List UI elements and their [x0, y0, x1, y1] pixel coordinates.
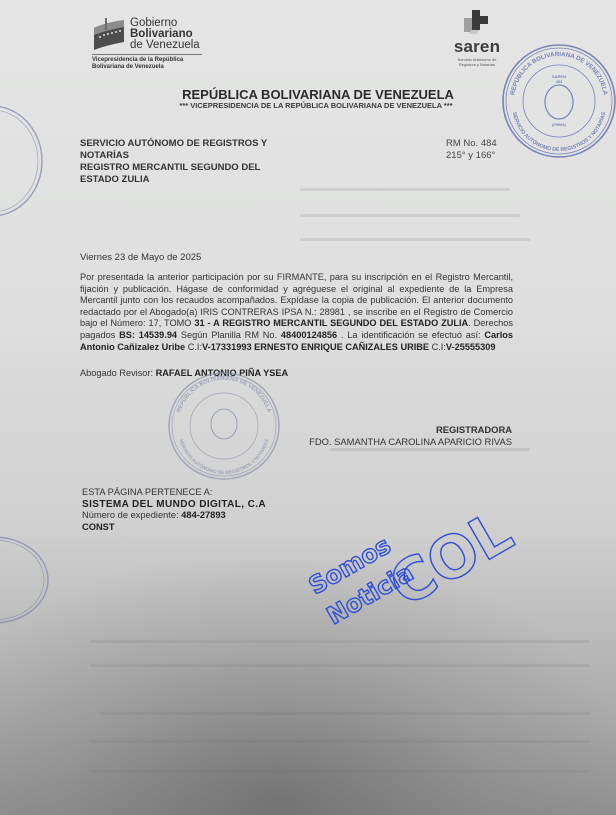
- svg-text:SERVICIO AUTÓNOMO DE REGISTROS: SERVICIO AUTÓNOMO DE REGISTROS Y NOTARÍA…: [511, 111, 608, 153]
- saren-wordmark: saren: [449, 37, 505, 57]
- svg-text:SERVICIO AUTÓNOMO DE REGISTROS: SERVICIO AUTÓNOMO DE REGISTROS Y NOTARÍA…: [178, 438, 271, 476]
- file-number: 484-27893: [181, 510, 225, 520]
- registrar-signature: REGISTRADORA FDO. SAMANTHA CAROLINA APAR…: [292, 424, 512, 448]
- show-through-line: [300, 238, 530, 241]
- page-owner: ESTA PÁGINA PERTENECE A: SISTEMA DEL MUN…: [82, 487, 266, 533]
- document-page: Gobierno Bolivariano de Venezuela Vicepr…: [0, 0, 616, 815]
- registration-text: Por presentada la anterior participación…: [80, 272, 513, 353]
- issuing-office: SERVICIO AUTÓNOMO DE REGISTROS Y NOTARÍA…: [80, 138, 310, 186]
- gobierno-subtitle: Vicepresidencia de la República Bolivari…: [92, 57, 183, 71]
- id-number: V-17331993: [202, 342, 252, 352]
- venezuela-flag-icon: [92, 18, 126, 50]
- partial-seal-stamp: [0, 104, 44, 218]
- svg-text:COL: COL: [378, 500, 524, 620]
- show-through-line: [300, 188, 510, 191]
- registry-reference: RM No. 484 215° y 166°: [446, 138, 497, 162]
- svg-text:484: 484: [556, 79, 563, 84]
- id-number: V-25555309: [446, 342, 496, 352]
- tomo-reference: 31 - A REGISTRO MERCANTIL SEGUNDO DEL ES…: [194, 318, 468, 328]
- identified-person: ERNESTO ENRIQUE CAÑIZALES URIBE: [254, 342, 429, 352]
- official-seal-stamp: REPÚBLICA BOLIVARIANA DE VENEZUELA SERVI…: [500, 42, 616, 160]
- svg-text:(FIRMA): (FIRMA): [552, 123, 567, 127]
- company-name: SISTEMA DEL MUNDO DIGITAL, C.A: [82, 499, 266, 511]
- reviewing-lawyer: Abogado Revisor: RAFAEL ANTONIO PIÑA YSE…: [80, 368, 288, 378]
- saren-cross-icon: [462, 10, 490, 34]
- planilla-number: 48400124856: [281, 330, 337, 340]
- document-date: Viernes 23 de Mayo de 2025: [80, 252, 201, 263]
- logo-divider: [92, 54, 202, 55]
- watermark-stamp: Somos Noticia COL: [305, 500, 535, 630]
- saren-logo: saren Servicio Autónomo de Registros y N…: [449, 10, 505, 74]
- gobierno-bolivariano-logo: Gobierno Bolivariano de Venezuela Vicepr…: [92, 16, 212, 78]
- registry-seal-stamp: REPÚBLICA BOLIVARIANA DE VENEZUELA SERVI…: [166, 370, 282, 482]
- saren-subtitle: Servicio Autónomo de Registros y Notaría…: [449, 57, 505, 67]
- show-through-line: [300, 214, 520, 217]
- show-through-line: [330, 448, 530, 451]
- gobierno-name: Gobierno Bolivariano de Venezuela: [130, 18, 200, 51]
- fees-paid: BS: 14539.94: [119, 330, 177, 340]
- svg-text:REPÚBLICA BOLIVARIANA DE VENEZ: REPÚBLICA BOLIVARIANA DE VENEZUELA: [176, 376, 272, 413]
